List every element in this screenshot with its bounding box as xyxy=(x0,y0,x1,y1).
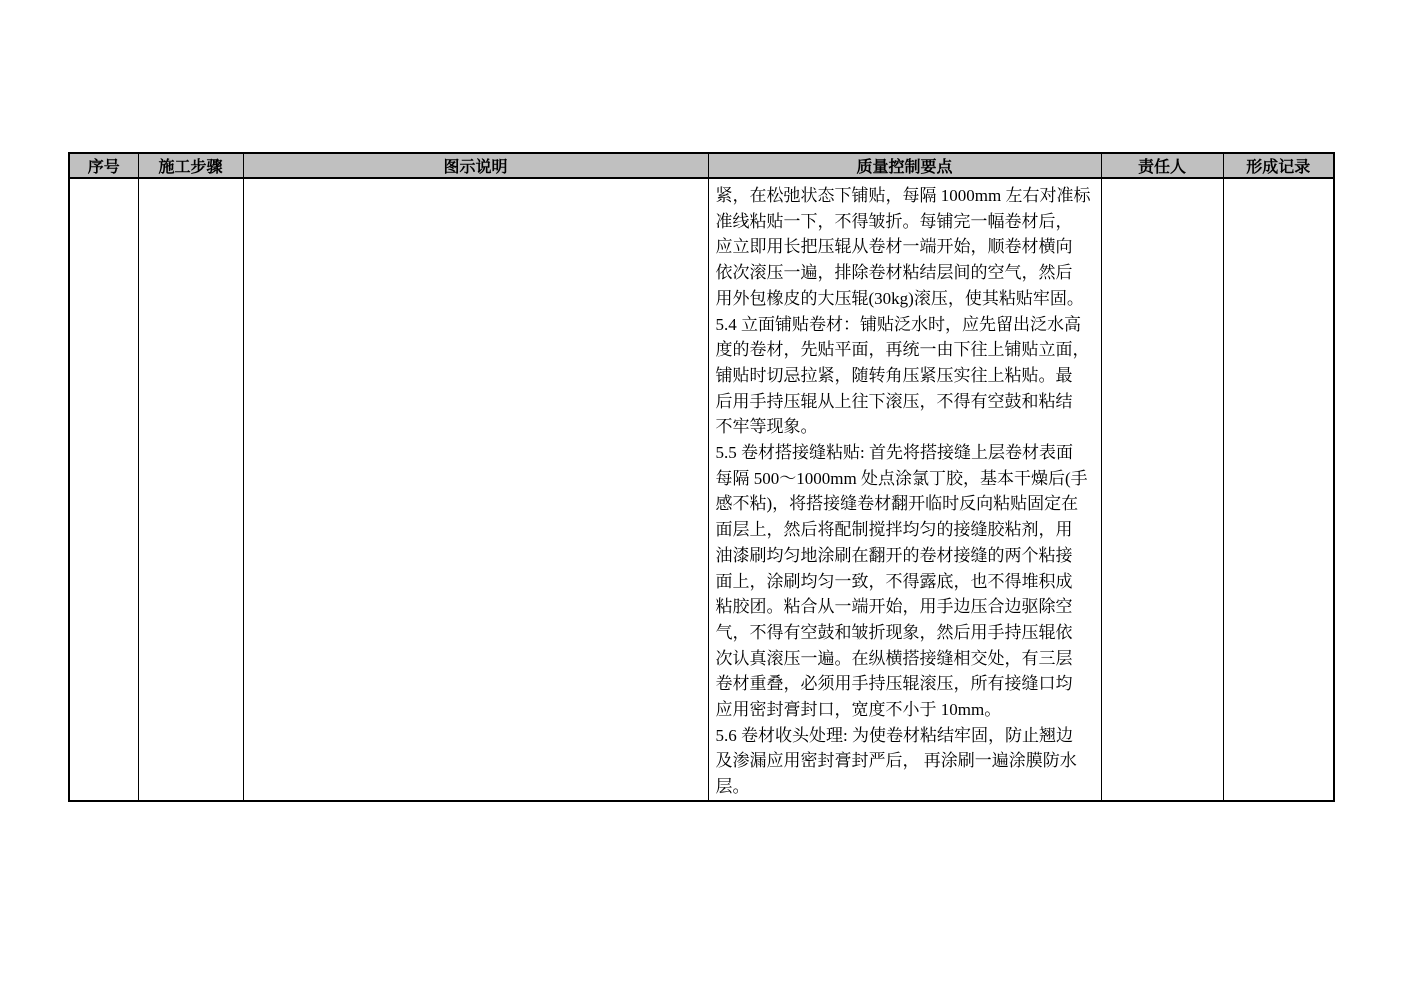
cell-serial-number xyxy=(69,178,138,801)
cell-illustration xyxy=(243,178,708,801)
quality-control-text-line: 应用密封膏封口，宽度不小于 10mm。 xyxy=(716,697,1096,723)
quality-control-text-line: 卷材重叠，必须用手持压辊滚压，所有接缝口均 xyxy=(716,671,1096,697)
quality-control-text-line: 5.4 立面铺贴卷材：铺贴泛水时，应先留出泛水高 xyxy=(716,312,1096,338)
quality-control-text-line: 面上，涂刷均匀一致，不得露底，也不得堆积成 xyxy=(716,569,1096,595)
quality-control-text-line: 应立即用长把压辊从卷材一端开始，顺卷材横向 xyxy=(716,234,1096,260)
header-construction-steps: 施工步骤 xyxy=(138,153,243,178)
quality-control-text-line: 度的卷材，先贴平面，再统一由下往上铺贴立面， xyxy=(716,337,1096,363)
table-row: 紧，在松弛状态下铺贴，每隔 1000mm 左右对准标 准线粘贴一下，不得皱折。每… xyxy=(69,178,1334,801)
quality-control-text-line: 每隔 500～1000mm 处点涂氯丁胶，基本干燥后(手 xyxy=(716,466,1096,492)
quality-control-text-line: 后用手持压辊从上往下滚压，不得有空鼓和粘结 xyxy=(716,389,1096,415)
table-header-row: 序号 施工步骤 图示说明 质量控制要点 责任人 形成记录 xyxy=(69,153,1334,178)
quality-control-text-line: 及渗漏应用密封膏封严后， 再涂刷一遍涂膜防水 xyxy=(716,748,1096,774)
cell-responsible-person xyxy=(1101,178,1223,801)
quality-control-text-line: 气，不得有空鼓和皱折现象，然后用手持压辊依 xyxy=(716,620,1096,646)
header-illustration: 图示说明 xyxy=(243,153,708,178)
cell-quality-control-points: 紧，在松弛状态下铺贴，每隔 1000mm 左右对准标 准线粘贴一下，不得皱折。每… xyxy=(708,178,1101,801)
quality-control-text-line: 紧，在松弛状态下铺贴，每隔 1000mm 左右对准标 xyxy=(716,183,1096,209)
construction-quality-table: 序号 施工步骤 图示说明 质量控制要点 责任人 形成记录 紧，在松弛状态下铺贴，… xyxy=(68,152,1335,802)
header-responsible-person: 责任人 xyxy=(1101,153,1223,178)
quality-control-text-line: 层。 xyxy=(716,774,1096,800)
header-quality-control-points: 质量控制要点 xyxy=(708,153,1101,178)
quality-control-text-line: 用外包橡皮的大压辊(30kg)滚压，使其粘贴牢固。 xyxy=(716,286,1096,312)
quality-control-text-line: 不牢等现象。 xyxy=(716,414,1096,440)
quality-control-text-line: 5.6 卷材收头处理: 为使卷材粘结牢固，防止翘边 xyxy=(716,723,1096,749)
quality-control-text-line: 次认真滚压一遍。在纵横搭接缝相交处，有三层 xyxy=(716,646,1096,672)
header-serial-number: 序号 xyxy=(69,153,138,178)
document-page: 序号 施工步骤 图示说明 质量控制要点 责任人 形成记录 紧，在松弛状态下铺贴，… xyxy=(0,0,1403,992)
cell-form-record xyxy=(1223,178,1334,801)
quality-control-text-line: 准线粘贴一下，不得皱折。每铺完一幅卷材后， xyxy=(716,209,1096,235)
quality-control-text-line: 面层上，然后将配制搅拌均匀的接缝胶粘剂，用 xyxy=(716,517,1096,543)
quality-control-text-line: 5.5 卷材搭接缝粘贴: 首先将搭接缝上层卷材表面 xyxy=(716,440,1096,466)
quality-control-text-line: 粘胶团。粘合从一端开始，用手边压合边驱除空 xyxy=(716,594,1096,620)
header-form-record: 形成记录 xyxy=(1223,153,1334,178)
quality-control-text-line: 感不粘)，将搭接缝卷材翻开临时反向粘贴固定在 xyxy=(716,491,1096,517)
quality-control-text-line: 铺贴时切忌拉紧，随转角压紧压实往上粘贴。最 xyxy=(716,363,1096,389)
cell-construction-steps xyxy=(138,178,243,801)
quality-control-text-line: 油漆刷均匀地涂刷在翻开的卷材接缝的两个粘接 xyxy=(716,543,1096,569)
quality-control-text-line: 依次滚压一遍，排除卷材粘结层间的空气，然后 xyxy=(716,260,1096,286)
